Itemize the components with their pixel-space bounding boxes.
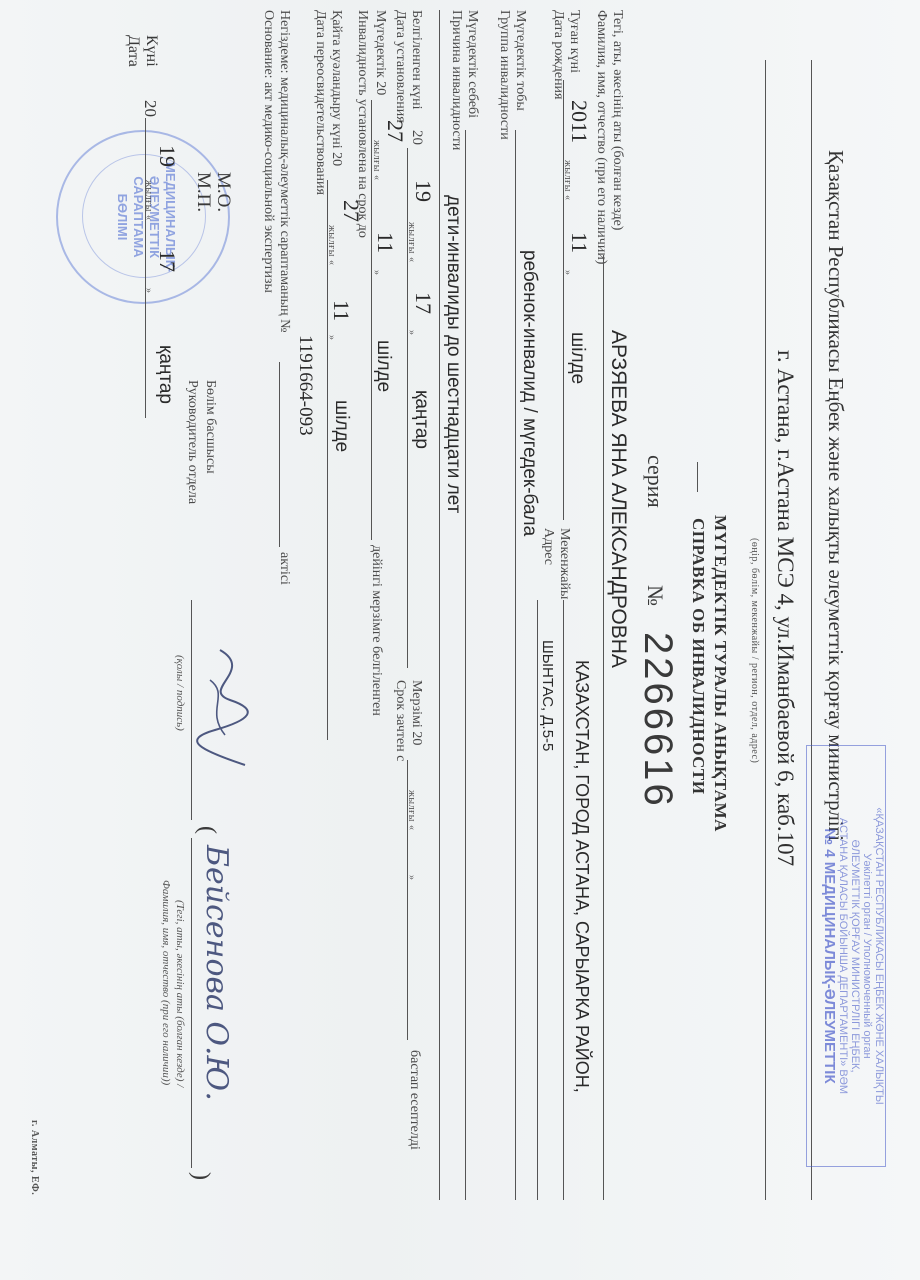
field-line xyxy=(407,148,408,668)
head-label-kz: Бөлім басшысы xyxy=(203,380,218,474)
stamp-line: Уәкілетті орган / Уполномоченный орган xyxy=(861,746,873,1166)
stamp-line: АСТАНА ҚАЛАСЫ БОЙЫНША ДЕПАРТАМЕНТІ» ВӘМ xyxy=(837,746,849,1166)
group-label-kz: Мүгедектік тобы xyxy=(513,10,528,111)
basis-suffix: актісі xyxy=(277,552,292,585)
field-line xyxy=(563,600,564,1200)
name-caption-kz: (Тегі, аты, әкесінің аты (болған кезде) … xyxy=(174,900,186,1087)
birth-day: 11 xyxy=(566,232,592,253)
field-line xyxy=(563,80,564,520)
field-line xyxy=(439,10,440,1200)
recert-month: шілде xyxy=(330,400,352,452)
until-suffix: дейінгі мерзімге белгіленген xyxy=(369,545,384,716)
seal-mark-ru: М.П. xyxy=(192,172,214,212)
seal-line: БӨЛІМІ xyxy=(114,132,130,302)
head-name: Бейсенова О.Ю. xyxy=(199,845,234,1101)
name-line xyxy=(191,838,192,1168)
until-day: 11 xyxy=(372,232,398,253)
issuer-caption: (өңір, бөлім, мекенжайы / регион, отдел,… xyxy=(749,538,760,763)
stamp-line: «ҚАЗАҚСТАН РЕСПУБЛИКАСЫ ЕҢБЕК ЖӘНЕ ХАЛЫҚ… xyxy=(873,746,885,1166)
date-day: 17 xyxy=(154,250,180,272)
field-line xyxy=(327,180,328,740)
recert-label-ru: Дата переосвидетельствования xyxy=(313,10,328,195)
stamp-line: ӘЛЕУМЕТТІК ҚОРҒАУ МИНИСТРЛІГІ ЕҢБЕК, xyxy=(849,746,861,1166)
recert-day: 11 xyxy=(328,300,354,321)
printer-mark: г. Алматы, ЕФ. xyxy=(29,1120,40,1195)
field-line xyxy=(371,100,372,540)
established-year: 19 xyxy=(410,180,436,202)
century: 20 xyxy=(409,130,424,145)
title-ru: СПРАВКА ОБ ИНВАЛИДНОСТИ xyxy=(688,518,708,794)
name-value: АРЗЯЕВА ЯНА АЛЕКСАНДРОВНА xyxy=(606,330,630,668)
signature-caption: (қолы / подпись) xyxy=(174,655,186,731)
date-month: қаңтар xyxy=(154,345,176,404)
address-line-2: ШЫНТАС, Д.5-5 xyxy=(539,640,556,751)
issuer-address: г. Астана, г.Астана МСЭ 4, ул.Иманбаевой… xyxy=(772,350,798,866)
group-label-ru: Группа инвалидности xyxy=(497,10,512,140)
underline xyxy=(697,462,698,492)
stamp-line: № 4 МЕДИЦИНАЛЫҚ-ӘЛЕУМЕТТІК xyxy=(821,746,837,1166)
established-month: қаңтар xyxy=(410,390,432,449)
name-label-kz: Тегі, аты, әкесінің аты (болған кезде) xyxy=(610,10,625,230)
field-line xyxy=(603,255,604,1200)
field-line xyxy=(465,130,466,1200)
established-label-kz: Белгіленген күні xyxy=(409,10,424,110)
date-year: 19 xyxy=(154,145,180,167)
established-day: 17 xyxy=(410,292,436,314)
basis-label-kz: Негіздеме: медициналық-әлеуметтік сарапт… xyxy=(277,10,292,332)
address-label-kz: Мекенжайы xyxy=(557,528,572,599)
cause-label-ru: Причина инвалидности xyxy=(449,10,464,150)
field-line xyxy=(537,600,538,1200)
quote-close: » xyxy=(371,270,382,276)
until-label-kz: Мүгедектік 20 xyxy=(373,10,388,95)
number-label: № xyxy=(642,585,668,606)
term-label-kz: Мерзімі 20 xyxy=(409,680,424,745)
basis-label-ru: Основание: акт медико-социальной эксперт… xyxy=(261,10,276,293)
term-label-ru: Срок зачтен с xyxy=(393,680,408,761)
disability-certificate: Қазақстан Республикасы Еңбек және халықт… xyxy=(0,0,920,1280)
issuer-stamp: «ҚАЗАҚСТАН РЕСПУБЛИКАСЫ ЕҢБЕК ЖӘНЕ ХАЛЫҚ… xyxy=(806,745,886,1167)
established-label-ru: Дата установления xyxy=(393,10,408,123)
term-suffix: бастап есептелді xyxy=(407,1050,422,1150)
series-label: серия xyxy=(642,455,668,508)
birth-year: 2011 xyxy=(566,100,592,143)
basis-act-number: 1191664-093 xyxy=(294,335,316,436)
address-label-ru: Адрес xyxy=(541,528,556,565)
paren-close: ) xyxy=(187,1172,214,1180)
head-label-ru: Руководитель отдела xyxy=(185,380,200,504)
date-label-ru: Дата xyxy=(124,35,142,67)
field-line xyxy=(515,130,516,1200)
divider xyxy=(765,60,766,1200)
cause-value: дети-инвалиды до шестнадцати лет xyxy=(442,195,464,513)
field-line xyxy=(407,760,408,1040)
address-line-1: КАЗАХСТАН, ГОРОД АСТАНА, САРЫАРКА РАЙОН, xyxy=(571,660,592,1093)
group-value: ребенок-инвалид / мүгедек-бала xyxy=(518,250,540,536)
seal-mark-kz: М.О. xyxy=(212,172,234,212)
certificate-number: 2266616 xyxy=(635,632,680,809)
ministry-name: Қазақстан Республикасы Еңбек және халықт… xyxy=(823,150,848,841)
until-year: 27 xyxy=(382,120,408,142)
title-kz: МҮГЕДЕКТІК ТУРАЛЫ АНЫҚТАМА xyxy=(710,515,730,832)
paren-open: ( xyxy=(193,826,220,834)
name-label-ru: Фамилия, имя, отчество (при его наличии) xyxy=(594,10,609,264)
date-label-kz: Күні xyxy=(142,35,160,67)
birth-label-kz: Туған күні xyxy=(567,10,582,73)
birth-month: шілде xyxy=(566,332,588,384)
recert-year: 27 xyxy=(338,200,364,222)
signature xyxy=(190,640,260,780)
recert-label-kz: Қайта куәландыру күні 20 xyxy=(329,10,344,166)
name-caption-ru: Фамилия, имя, отчество (при его наличии)… xyxy=(160,880,172,1085)
until-month: шілде xyxy=(372,340,394,392)
signature-line xyxy=(191,600,192,820)
year-word: жылғы « xyxy=(371,140,382,180)
field-line xyxy=(279,362,280,547)
field-line xyxy=(145,118,146,418)
date-century: 20 xyxy=(140,100,160,117)
cause-label-kz: Мүгедектік себебі xyxy=(465,10,480,118)
